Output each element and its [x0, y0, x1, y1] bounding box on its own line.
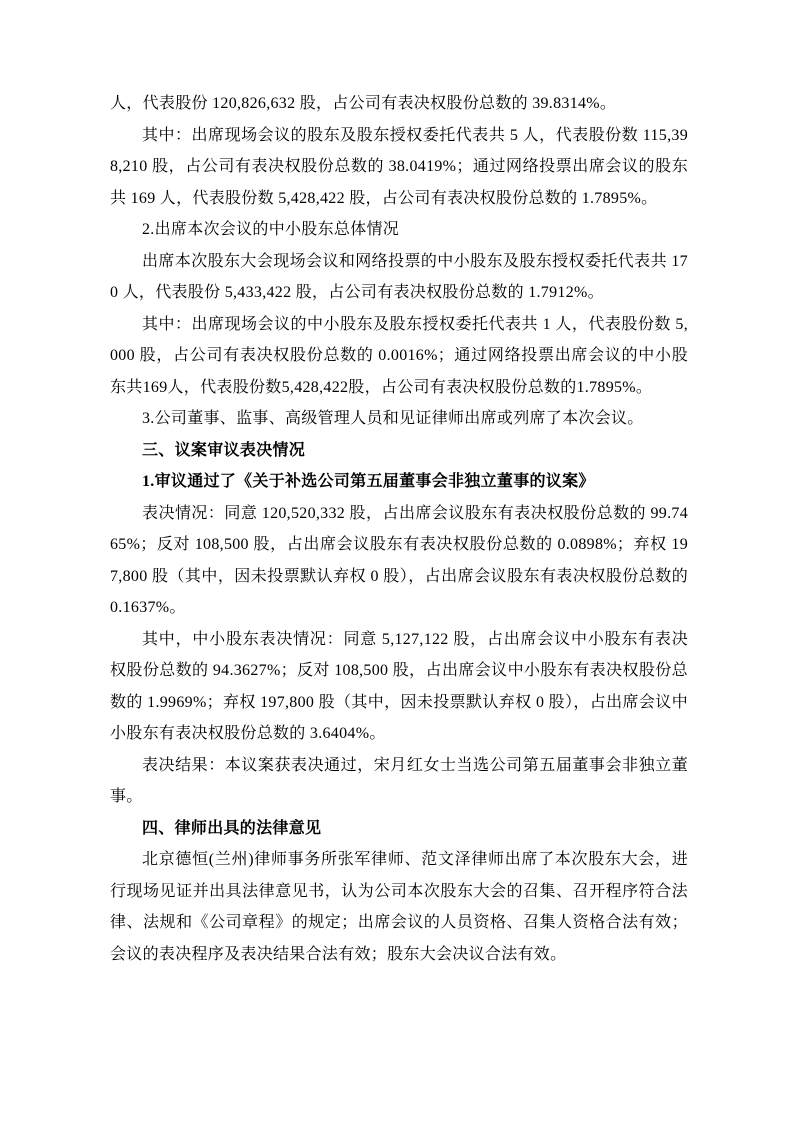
paragraph: 其中，中小股东表决情况：同意 5,127,122 股，占出席会议中小股东有表决权…: [110, 624, 688, 750]
document-content: 人，代表股份 120,826,632 股，占公司有表决权股份总数的 39.831…: [110, 88, 688, 970]
paragraph: 表决情况：同意 120,520,332 股，占出席会议股东有表决权股份总数的 9…: [110, 498, 688, 624]
paragraph: 2.出席本次会议的中小股东总体情况: [110, 214, 688, 246]
paragraph: 3.公司董事、监事、高级管理人员和见证律师出席或列席了本次会议。: [110, 403, 688, 435]
paragraph: 人，代表股份 120,826,632 股，占公司有表决权股份总数的 39.831…: [110, 88, 688, 120]
paragraph: 其中：出席现场会议的股东及股东授权委托代表共 5 人，代表股份数 115,398…: [110, 120, 688, 215]
section-heading: 三、议案审议表决情况: [110, 435, 688, 467]
document-page: 人，代表股份 120,826,632 股，占公司有表决权股份总数的 39.831…: [0, 0, 794, 1122]
section-heading: 1.审议通过了《关于补选公司第五届董事会非独立董事的议案》: [110, 466, 688, 498]
paragraph: 表决结果：本议案获表决通过，宋月红女士当选公司第五届董事会非独立董事。: [110, 750, 688, 813]
paragraph: 其中：出席现场会议的中小股东及股东授权委托代表共 1 人，代表股份数 5,000…: [110, 309, 688, 404]
paragraph: 北京德恒(兰州)律师事务所张军律师、范文泽律师出席了本次股东大会，进行现场见证并…: [110, 844, 688, 970]
paragraph: 出席本次股东大会现场会议和网络投票的中小股东及股东授权委托代表共 170 人，代…: [110, 246, 688, 309]
section-heading: 四、律师出具的法律意见: [110, 813, 688, 845]
